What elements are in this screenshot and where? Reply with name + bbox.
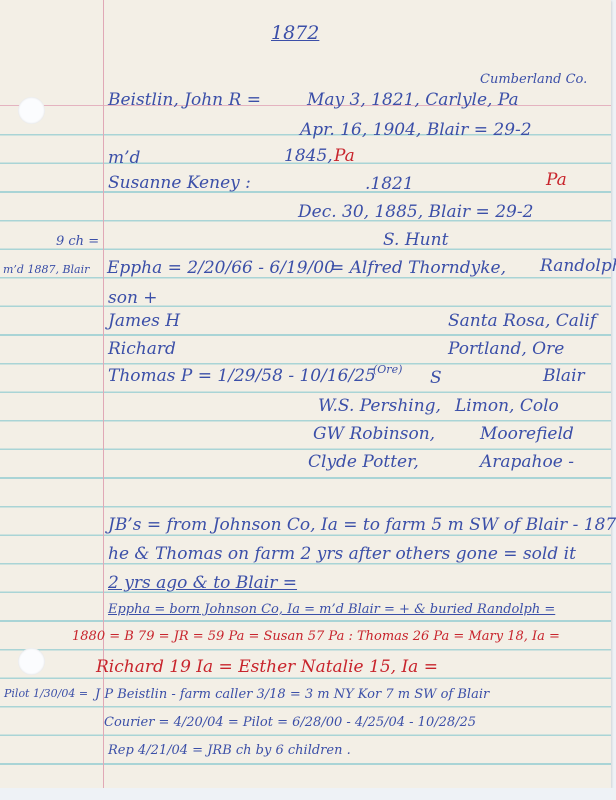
bottom-line-3: Rep 4/21/04 = JRB ch by 6 children . [108,744,351,757]
susanne-death: Dec. 30, 1885, Blair = 29-2 [298,204,533,221]
page-title: 1872 [271,24,319,43]
bottom-margin-note: Pilot 1/30/04 = [4,688,88,699]
note-line-2: he & Thomas on farm 2 yrs after others g… [108,546,576,563]
child-eppha-spouse: = Alfred Thorndyke, [330,260,506,277]
note-line-4: Eppha = born Johnson Co, Ia = m’d Blair … [108,603,555,616]
bottom-line-2: Courier = 4/20/04 = Pilot = 6/28/00 - 4/… [104,716,476,729]
punch-hole-top [18,97,45,124]
header-place: Cumberland Co. [480,73,587,86]
susanne-name: Susanne Keney : [108,175,251,192]
daughter-spouse-robinson: GW Robinson, [313,426,435,443]
child-thomas-place: Blair [543,368,585,385]
note-line-3: 2 yrs ago & to Blair = [108,575,297,592]
daughter-spouse-pershing-place: Limon, Colo [455,398,559,415]
header-rule [0,105,611,106]
john-name: Beistlin, John R = [108,92,261,109]
john-birth: May 3, 1821, Carlyle, Pa [307,92,519,109]
child-thomas-mark: S [430,370,442,387]
child-richard-place: Portland, Ore [448,341,564,358]
child-james-place: Santa Rosa, Calif [448,313,596,330]
eppha-margin-note: m’d 1887, Blair [3,264,89,275]
children-count-label: 9 ch = [56,235,99,248]
married-state: Pa [334,148,355,165]
child-eppha-place: Randolph [540,258,616,275]
susanne-birth-state: Pa [546,172,567,189]
spouse-surname: S. Hunt [383,232,448,249]
john-death: Apr. 16, 1904, Blair = 29-2 [300,122,532,139]
married-year: 1845, [284,148,333,165]
bottom-line-1: J P Beistlin - farm caller 3/18 = 3 m NY… [95,688,489,701]
susanne-birth: .1821 [365,176,414,193]
note-line-1: JB’s = from Johnson Co, Ia = to farm 5 m… [108,517,616,534]
census-line-1: 1880 = B 79 = JR = 59 Pa = Susan 57 Pa :… [72,630,560,643]
daughter-spouse-robinson-place: Moorefield [480,426,574,443]
daughter-spouse-potter-place: Arapahoe - [480,454,574,471]
punch-hole-bottom [18,648,45,675]
scan-background [0,788,616,800]
child-james: James H [108,313,180,330]
notebook-page: 1872 Cumberland Co. Beistlin, John R = M… [0,0,611,788]
child-richard: Richard [108,341,176,358]
married-label: m’d [108,150,140,167]
child-son: son + [108,290,158,307]
child-eppha: Eppha = 2/20/66 - 6/19/00 [107,260,335,277]
daughter-spouse-potter: Clyde Potter, [308,454,419,471]
daughter-spouse-pershing: W.S. Pershing, [318,398,441,415]
child-thomas-note: (Ore) [373,364,402,375]
census-line-2: Richard 19 Ia = Esther Natalie 15, Ia = [96,659,438,676]
child-thomas: Thomas P = 1/29/58 - 10/16/25 [108,368,376,385]
